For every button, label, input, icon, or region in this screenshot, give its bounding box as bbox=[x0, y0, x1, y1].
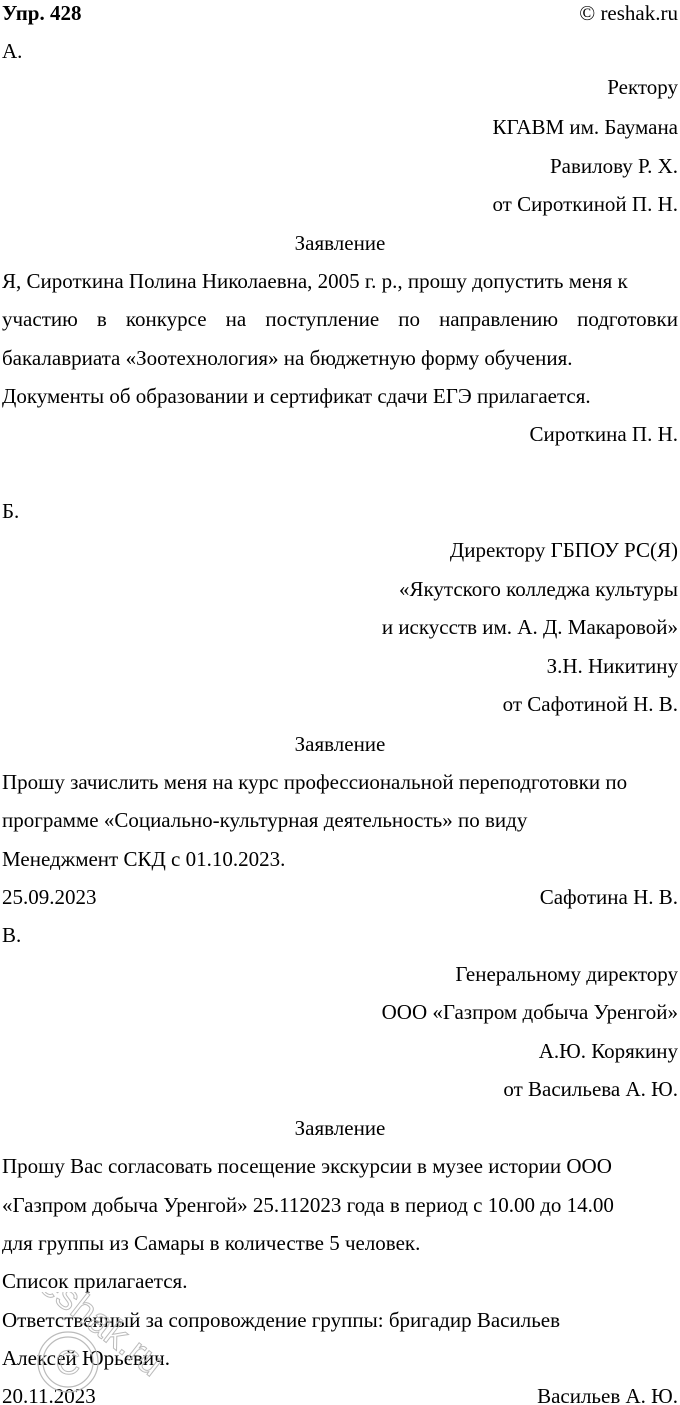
body-line: «Газпром добыча Уренгой» 25.112023 года … bbox=[2, 1192, 678, 1218]
addressee-line: З.Н. Никитину bbox=[2, 653, 678, 679]
copyright-text: © reshak.ru bbox=[579, 0, 678, 26]
section-label: Б. bbox=[2, 498, 678, 524]
document-title: Заявление bbox=[2, 1115, 678, 1141]
signature: Сироткина П. Н. bbox=[2, 421, 678, 447]
addressee-line: «Якутского колледжа культуры bbox=[2, 576, 678, 602]
document-title: Заявление bbox=[2, 731, 678, 757]
date-signature-row: 25.09.2023 Сафотина Н. В. bbox=[2, 884, 678, 910]
body-line: программе «Социально-культурная деятельн… bbox=[2, 807, 678, 833]
addressee-line: от Сироткиной П. Н. bbox=[2, 191, 678, 217]
body-line: бакалавриата «Зоотехнология» на бюджетну… bbox=[2, 345, 678, 371]
addressee-line: от Васильева А. Ю. bbox=[2, 1076, 678, 1102]
body-line: Документы об образовании и сертификат сд… bbox=[2, 383, 678, 409]
signature: Васильев А. Ю. bbox=[537, 1383, 678, 1405]
header-row: Упр. 428 © reshak.ru bbox=[2, 0, 678, 26]
watermark-text: reshak.ru bbox=[21, 1292, 172, 1385]
date: 25.09.2023 bbox=[2, 884, 97, 910]
addressee-line: и искусств им. А. Д. Макаровой» bbox=[2, 614, 678, 640]
body-line: Алексей Юрьевич. bbox=[2, 1345, 678, 1371]
document-title: Заявление bbox=[2, 230, 678, 256]
date-signature-row: 20.11.2023 Васильев А. Ю. bbox=[2, 1383, 678, 1405]
addressee-line: от Сафотиной Н. В. bbox=[2, 691, 678, 717]
addressee-line: Равилову Р. Х. bbox=[2, 153, 678, 179]
section-label: А. bbox=[2, 38, 678, 64]
addressee-line: КГАВМ им. Баумана bbox=[2, 114, 678, 140]
addressee-line: Генеральному директору bbox=[2, 961, 678, 987]
exercise-number: Упр. 428 bbox=[2, 0, 81, 26]
body-line: Я, Сироткина Полина Николаевна, 2005 г. … bbox=[2, 268, 678, 294]
signature: Сафотина Н. В. bbox=[540, 884, 678, 910]
body-line: Прошу Вас согласовать посещение экскурси… bbox=[2, 1153, 678, 1179]
body-line: для группы из Самары в количестве 5 чело… bbox=[2, 1230, 678, 1256]
body-line: Список прилагается. bbox=[2, 1268, 678, 1294]
addressee-line: Ректору bbox=[2, 74, 678, 100]
addressee-line: Директору ГБПОУ РС(Я) bbox=[2, 537, 678, 563]
addressee-line: А.Ю. Корякину bbox=[2, 1038, 678, 1064]
addressee-line: ООО «Газпром добыча Уренгой» bbox=[2, 999, 678, 1025]
section-label: В. bbox=[2, 922, 678, 948]
body-line: Прошу зачислить меня на курс профессиона… bbox=[2, 769, 678, 795]
body-line: Ответственный за сопровождение группы: б… bbox=[2, 1307, 678, 1333]
date: 20.11.2023 bbox=[2, 1383, 96, 1405]
body-line: участию в конкурсе на поступление по нап… bbox=[2, 306, 678, 332]
body-line: Менеджмент СКД с 01.10.2023. bbox=[2, 846, 678, 872]
